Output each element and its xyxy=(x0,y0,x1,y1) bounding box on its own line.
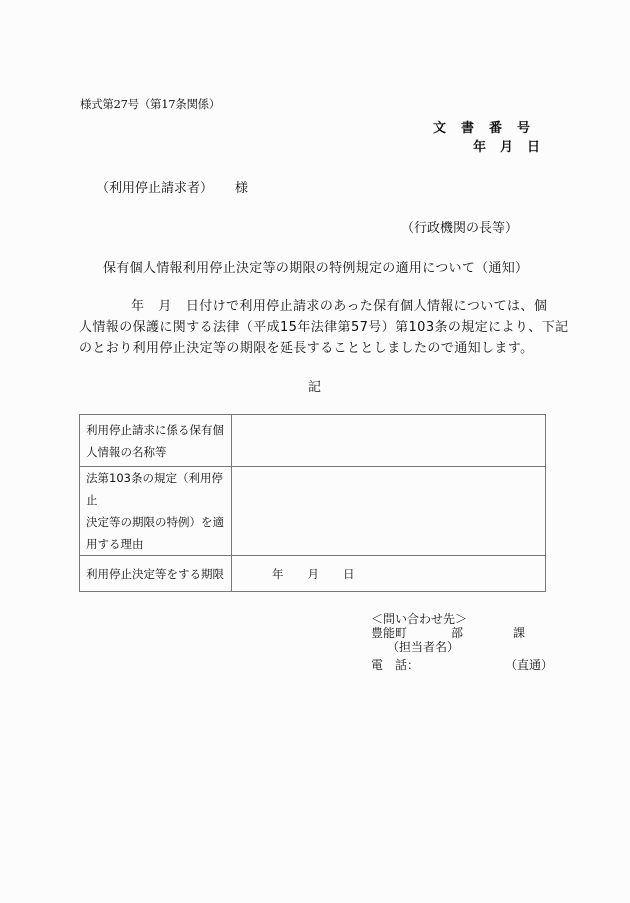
table-label-cell: 利用停止決定等をする期限 xyxy=(80,556,232,592)
date-month: 月 xyxy=(500,136,513,155)
contact-section: 課 xyxy=(513,626,525,640)
body-line-1: 年月日付けで利用停止請求のあった保有個人情報については、個 xyxy=(79,296,549,317)
contact-phone-row: 電 話：（直通） xyxy=(371,658,553,672)
contact-person-row: （担当者名） xyxy=(371,640,553,654)
body-year: 年 xyxy=(131,299,144,314)
doc-number-char: 号 xyxy=(517,117,530,136)
label-line: 人情報の名称等 xyxy=(86,441,225,463)
contact-department-row: 豊能町部課 xyxy=(371,626,553,640)
body-line-3: のとおり利用停止決定等の期限を延長することとしましたので通知します。 xyxy=(79,338,549,359)
contact-department: 部 xyxy=(451,626,463,640)
deadline-year: 年 xyxy=(272,563,284,585)
date-day: 日 xyxy=(527,136,540,155)
document-title: 保有個人情報利用停止決定等の期限の特例規定の適用について（通知） xyxy=(103,257,528,276)
contact-town: 豊能町 xyxy=(371,626,407,640)
addressee: （利用停止請求者）様 xyxy=(96,177,248,196)
label-line: 決定等の期限の特例）を適 xyxy=(86,511,225,533)
table-label-cell: 利用停止請求に係る保有個 人情報の名称等 xyxy=(80,415,232,467)
addressee-name: （利用停止請求者） xyxy=(96,181,213,196)
table-value-cell[interactable] xyxy=(232,467,546,556)
table-row: 利用停止請求に係る保有個 人情報の名称等 xyxy=(80,415,546,467)
contact-direct: （直通） xyxy=(505,658,553,672)
table-value-cell[interactable] xyxy=(232,415,546,467)
table-row: 法第103条の規定（利用停止 決定等の期限の特例）を適 用する理由 xyxy=(80,467,546,556)
contact-heading: ＜問い合わせ先＞ xyxy=(371,612,553,626)
table-label-cell: 法第103条の規定（利用停止 決定等の期限の特例）を適 用する理由 xyxy=(80,467,232,556)
doc-number-char: 番 xyxy=(489,117,502,136)
contact-info: ＜問い合わせ先＞ 豊能町部課 （担当者名） 電 話：（直通） xyxy=(371,612,553,672)
document-date: 年月日 xyxy=(473,136,554,155)
body-month: 月 xyxy=(158,299,171,314)
contact-person: （担当者名） xyxy=(387,640,459,654)
document-number-label: 文書番号 xyxy=(433,117,545,136)
doc-number-char: 文 xyxy=(433,117,446,136)
body-line-1-text: 日付けで利用停止請求のあった保有個人情報については、個 xyxy=(186,299,547,314)
doc-number-char: 書 xyxy=(461,117,474,136)
label-line: 法第103条の規定（利用停止 xyxy=(86,467,225,511)
sender: （行政機関の長等） xyxy=(401,217,518,236)
form-number: 様式第27号（第17条関係） xyxy=(80,96,220,112)
ki-heading: 記 xyxy=(308,376,321,395)
label-line: 利用停止決定等をする期限 xyxy=(86,563,225,585)
label-line: 用する理由 xyxy=(86,533,225,555)
body-line-2: 人情報の保護に関する法律（平成15年法律第57号）第103条の規定により、下記 xyxy=(79,317,549,338)
body-text: 年月日付けで利用停止請求のあった保有個人情報については、個 人情報の保護に関する… xyxy=(79,296,549,359)
deadline-date-cell[interactable]: 年月日 xyxy=(232,556,546,592)
deadline-month: 月 xyxy=(308,563,320,585)
addressee-honorific: 様 xyxy=(235,177,248,196)
label-line: 利用停止請求に係る保有個 xyxy=(86,419,225,441)
table-row: 利用停止決定等をする期限 年月日 xyxy=(80,556,546,592)
contact-phone-label: 電 話： xyxy=(371,658,419,672)
info-table: 利用停止請求に係る保有個 人情報の名称等 法第103条の規定（利用停止 決定等の… xyxy=(79,414,546,592)
deadline-day: 日 xyxy=(343,563,355,585)
date-year: 年 xyxy=(473,136,486,155)
